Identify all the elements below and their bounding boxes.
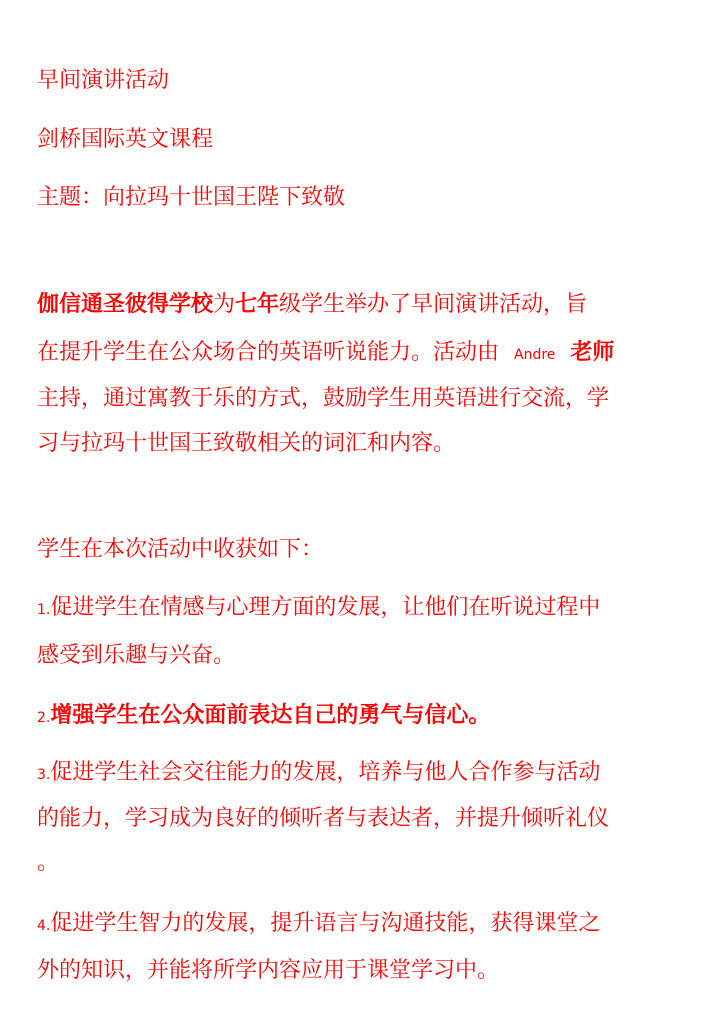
intro-line-3: 主持，通过寓教于乐的方式，鼓励学生用英语进行交流，学 [37,386,609,412]
gain-item-3-cont2: 。 [37,850,59,876]
list-number: 3. [37,767,50,783]
document-page: 早间演讲活动 剑桥国际英文课程 主题：向拉玛十世国王陛下致敬 伽信通圣彼得学校为… [0,0,706,1028]
gain-item-3: 3.促进学生社会交往能力的发展，培养与他人合作参与活动 [37,760,600,788]
intro-text: 在提升学生在公众场合的英语听说能力。活动由 [37,340,499,365]
gain-text: 促进学生在情感与心理方面的发展，让他们在听说过程中 [50,595,600,620]
intro-line-2: 在提升学生在公众场合的英语听说能力。活动由 Andre 老师 [37,340,614,368]
teacher-title: 老师 [570,340,614,365]
gain-text: 促进学生智力的发展，提升语言与沟通技能，获得课堂之 [50,911,600,936]
theme-line: 主题：向拉玛十世国王陛下致敬 [37,185,345,211]
gain-text: 增强学生在公众面前表达自己的勇气与信心。 [50,703,490,728]
gains-heading: 学生在本次活动中收获如下： [37,537,323,563]
gain-item-1-cont: 感受到乐趣与兴奋。 [37,643,235,669]
school-name: 伽信通圣彼得学校 [37,292,213,317]
grade: 七年 [235,292,279,317]
gain-text: 促进学生社会交往能力的发展，培养与他人合作参与活动 [50,760,600,785]
gain-item-2: 2.增强学生在公众面前表达自己的勇气与信心。 [37,703,490,731]
gain-item-1: 1.促进学生在情感与心理方面的发展，让他们在听说过程中 [37,595,600,623]
gain-item-3-cont: 的能力，学习成为良好的倾听者与表达者，并提升倾听礼仪 [37,806,609,832]
gain-item-4-cont: 外的知识，并能将所学内容应用于课堂学习中。 [37,958,499,984]
intro-line-4: 习与拉玛十世国王致敬相关的词汇和内容。 [37,431,455,457]
list-number: 2. [37,710,50,726]
teacher-name: Andre [514,347,555,363]
list-number: 1. [37,602,50,618]
intro-line-1: 伽信通圣彼得学校为七年级学生举办了早间演讲活动，旨 [37,292,587,318]
gain-item-4: 4.促进学生智力的发展，提升语言与沟通技能，获得课堂之 [37,911,600,939]
document-title: 早间演讲活动 [37,68,169,94]
course-name: 剑桥国际英文课程 [37,127,213,153]
intro-text: 为 [213,292,235,317]
list-number: 4. [37,918,50,934]
intro-text: 级学生举办了早间演讲活动，旨 [279,292,587,317]
